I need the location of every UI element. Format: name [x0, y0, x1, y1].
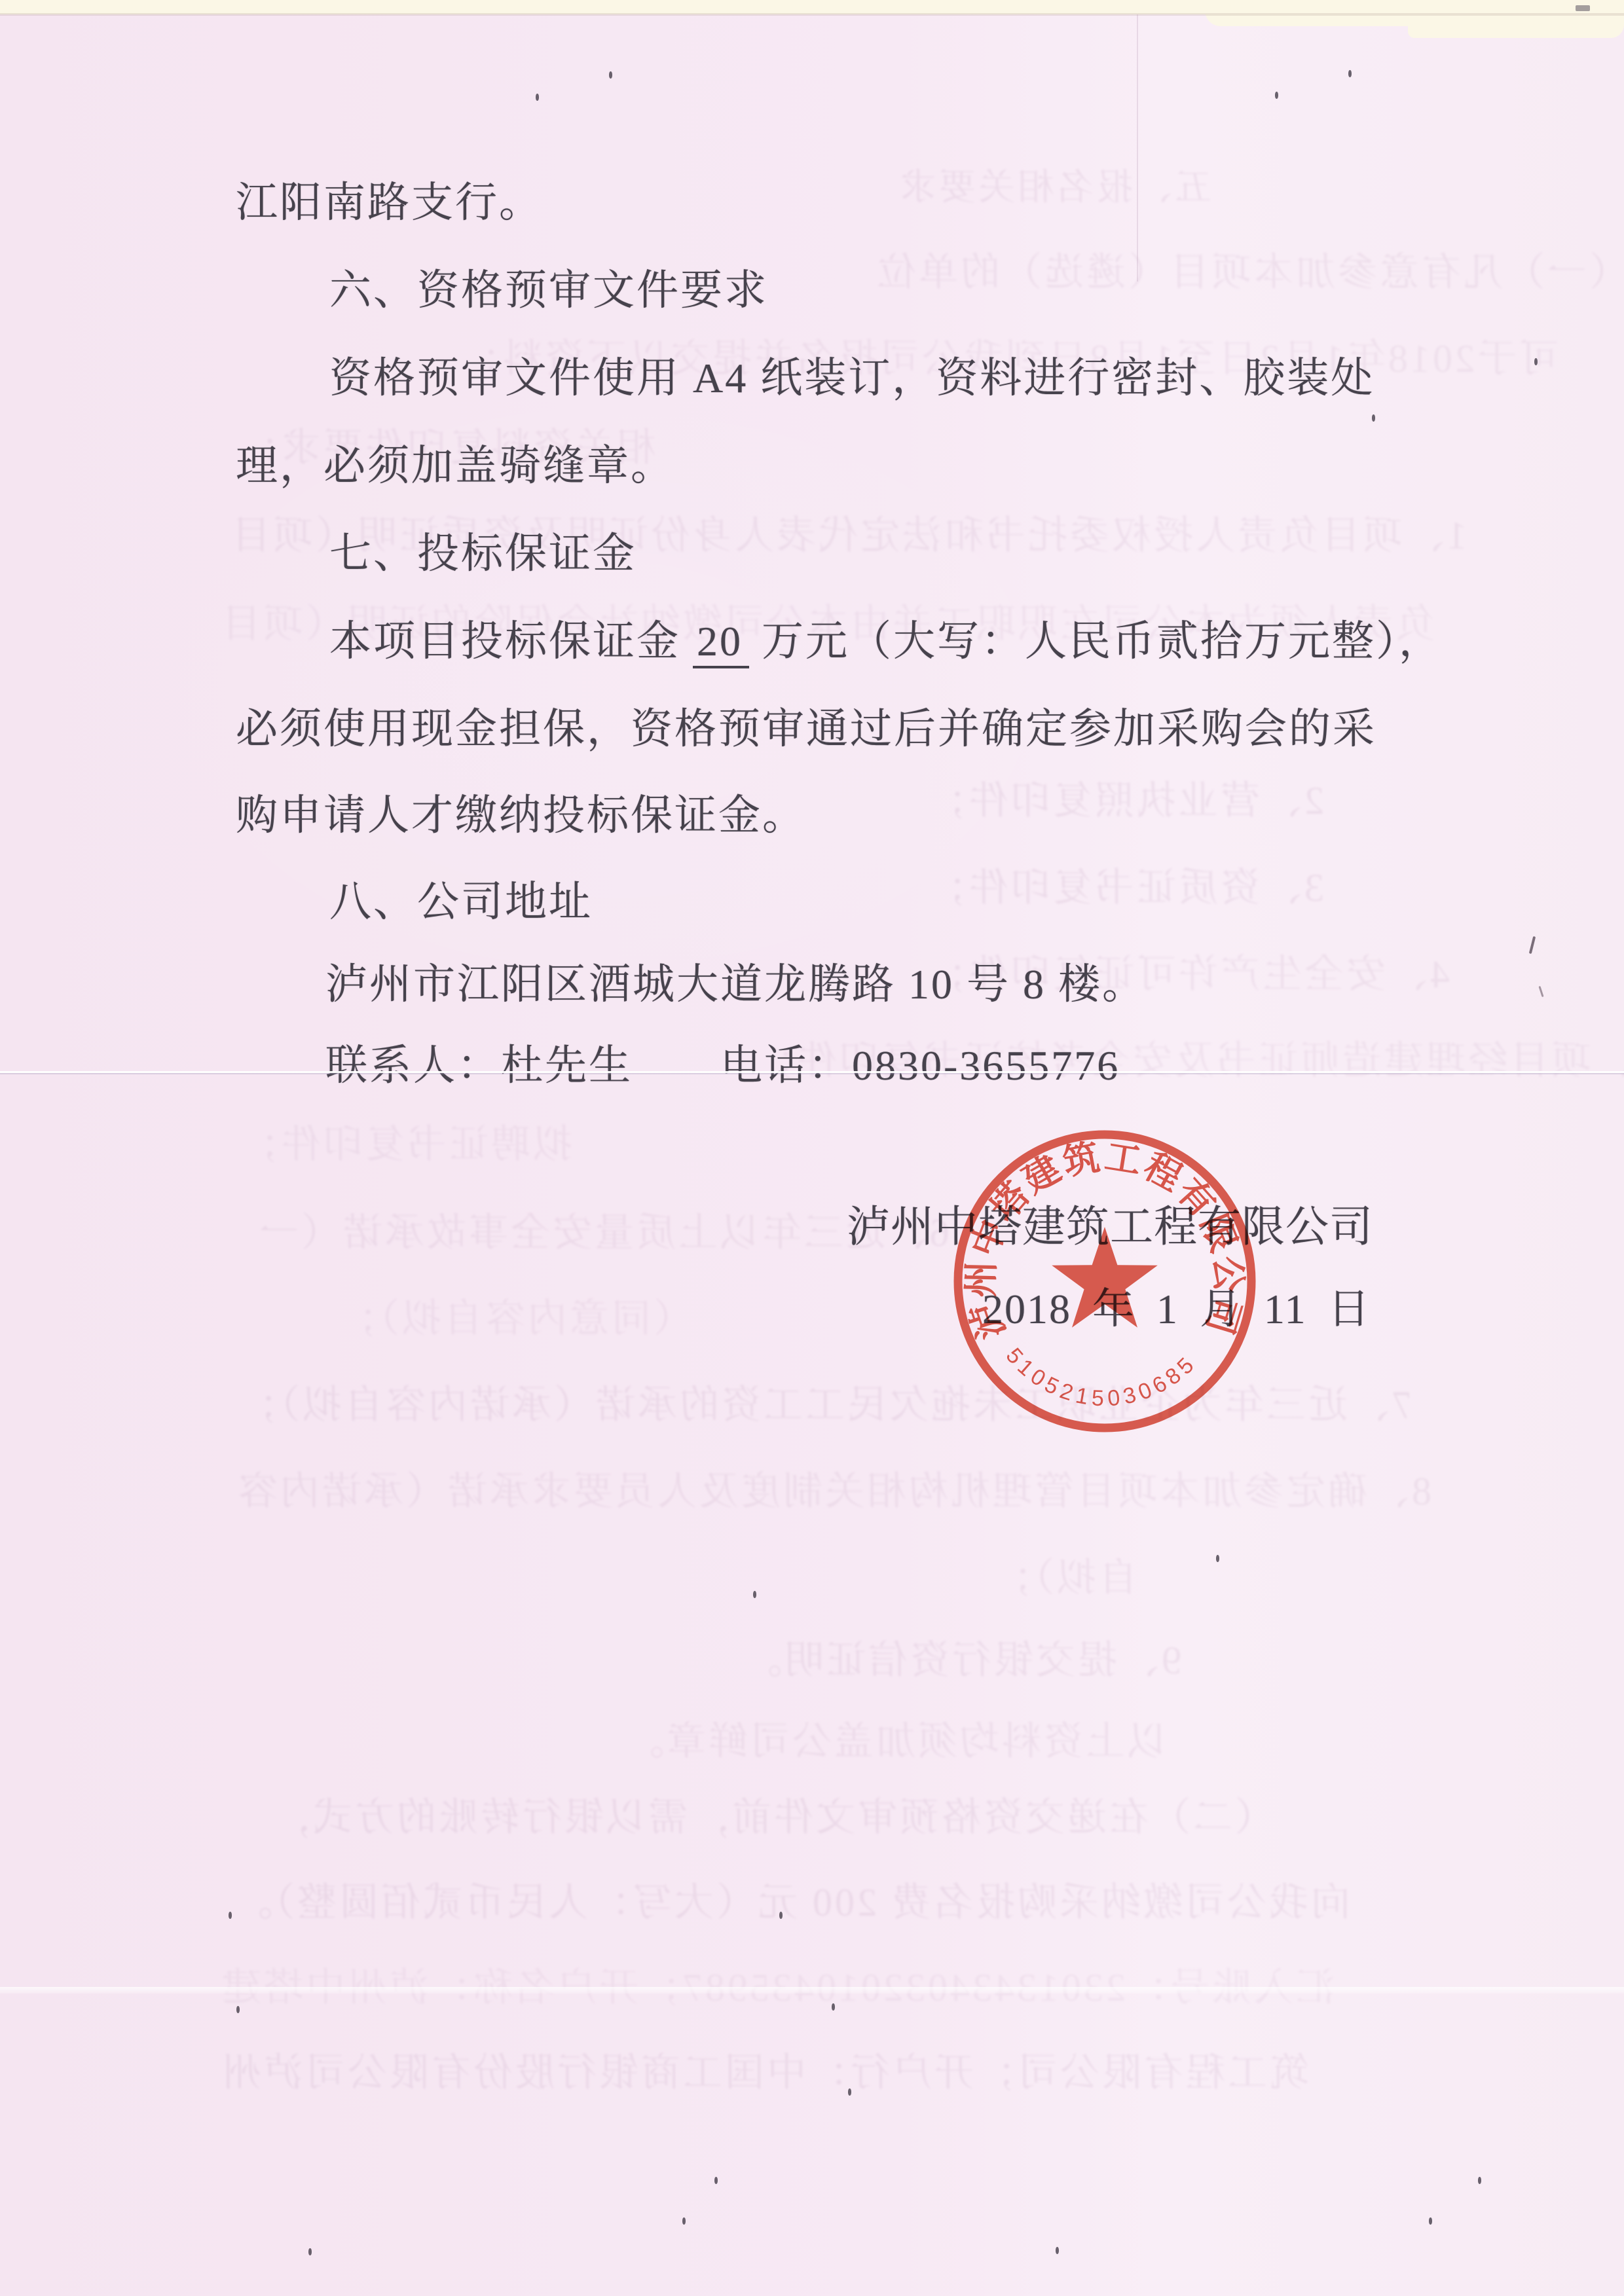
seal-star: [1052, 1227, 1158, 1328]
scan-speck: [308, 2248, 312, 2255]
scan-speck: [1348, 70, 1352, 77]
text-segment: 必须使用现金担保，资格预审通过后并确定参加采购会的采: [236, 706, 1376, 752]
scan-speck: [753, 1591, 756, 1598]
document-text-line: 六、资格预审文件要求: [329, 257, 768, 317]
document-text-line: 八、公司地址: [329, 868, 593, 928]
scan-speck: [682, 2217, 686, 2225]
scan-speck: [1056, 2247, 1059, 2254]
bleedthrough-line: 向我公司缴纳采购报名费 200 元（大写：人民币贰佰圆整）。: [231, 1871, 1350, 1927]
text-segment: 联系人：杜先生 电话：0830-3655776: [325, 1042, 1120, 1089]
bleedthrough-line: 汇入账号：23013434032010435987；开户名称：泸州中塔建: [219, 1956, 1335, 2013]
seal-number-text-path: 5105215030685: [1001, 1343, 1202, 1412]
underlined-amount: 20: [693, 618, 749, 668]
bleedthrough-line: （同意内容自拟）；: [335, 1287, 693, 1343]
scan-speck: [1275, 92, 1278, 99]
bleedthrough-line: 拟聘证书复印件；: [237, 1113, 572, 1169]
scanned-document-page: 五、报名相关要求（一）凡有意参加本项目（遴选）的单位可于2018年1月2日至1月…: [0, 0, 1624, 2296]
bleedthrough-line: 6、近三年以上质量安全事故承诺（一: [257, 1201, 950, 1258]
text-segment: 六、资格预审文件要求: [329, 267, 768, 314]
bleedthrough-line: 筑工程有限公司；开户行：中国工商银行股份有限公司泸州: [219, 2041, 1309, 2098]
text-segment: 七、投标保证金: [329, 530, 637, 577]
bleedthrough-line: 3、资质证书复印件；: [925, 856, 1324, 913]
pen-mark-1: [1529, 936, 1536, 954]
vertical-crease: [1137, 0, 1138, 282]
fold-crease-line-1: [0, 1071, 1624, 1074]
bleedthrough-line: （二）在递交资格预审文件前，需以银行转账的方式，: [268, 1786, 1274, 1842]
text-segment: 资格预审文件使用 A4 纸装订，资料进行密封、胶装处: [329, 355, 1375, 401]
document-text-line: 购申请人才缴纳投标保证金。: [236, 782, 806, 842]
text-segment: 理，必须加盖骑缝章。: [236, 443, 674, 489]
text-segment: 八、公司地址: [329, 879, 593, 925]
document-text-line: 资格预审文件使用 A4 纸装订，资料进行密封、胶装处: [329, 344, 1375, 405]
bleedthrough-line: （一）凡有意参加本项目（遴选）的单位: [874, 241, 1624, 297]
scan-speck: [1534, 358, 1538, 365]
bleedthrough-line: 自拟）；: [990, 1546, 1138, 1603]
document-text-line: 七、投标保证金: [329, 520, 637, 580]
company-seal-stamp: 泸州中塔建筑工程有限公司 5105215030685: [951, 1127, 1259, 1435]
bleedthrough-line: 2、营业执照复印件；: [925, 769, 1324, 826]
scan-speck: [229, 1912, 232, 1919]
document-text-line: 本项目投标保证金 20 万元（大写：人民币贰拾万元整），: [329, 608, 1443, 668]
scan-top-edge-right-corner: [1408, 0, 1624, 38]
document-text-line: 理，必须加盖骑缝章。: [236, 432, 674, 492]
scan-speck: [1216, 1555, 1219, 1562]
scan-corner-mark: [1576, 5, 1590, 11]
fold-crease-line-2: [0, 1987, 1624, 1994]
scan-speck: [236, 2006, 240, 2013]
bleedthrough-line: 五、报名相关要求: [897, 158, 1211, 211]
text-segment: 江阳南路支行。: [236, 179, 543, 226]
text-segment: 泸州市江阳区酒城大道龙腾路 10 号 8 楼。: [325, 961, 1146, 1008]
document-text-line: 联系人：杜先生 电话：0830-3655776: [325, 1032, 1120, 1092]
scan-speck: [779, 1912, 783, 1919]
scan-speck: [609, 71, 612, 79]
scan-speck: [1429, 2217, 1432, 2225]
scan-speck: [848, 2088, 851, 2096]
document-text-line: 必须使用现金担保，资格预审通过后并确定参加采购会的采: [236, 695, 1376, 756]
scan-speck: [1372, 414, 1375, 422]
scan-speck: [714, 2177, 718, 2184]
bleedthrough-line: 9、提交银行资信证明。: [740, 1629, 1181, 1685]
text-segment: 万元（大写：人民币贰拾万元整），: [749, 618, 1443, 665]
bleedthrough-line: 以上资料均须加盖公司鲜章。: [622, 1710, 1167, 1766]
scan-speck: [536, 94, 539, 101]
text-segment: 购申请人才缴纳投标保证金。: [236, 792, 806, 839]
scan-speck: [832, 2003, 835, 2011]
bleedthrough-line: 8、确定参加本项目管理机构相关制度及人员要求承诺（承诺内容: [236, 1460, 1431, 1516]
seal-number: 5105215030685: [1001, 1343, 1202, 1412]
text-segment: 本项目投标保证金: [329, 618, 693, 665]
scan-top-edge-shadow: [0, 13, 1624, 16]
pen-mark-2: [1538, 986, 1543, 997]
document-text-line: 江阳南路支行。: [236, 169, 543, 229]
scan-speck: [1478, 2177, 1481, 2184]
document-text-line: 泸州市江阳区酒城大道龙腾路 10 号 8 楼。: [325, 951, 1146, 1011]
